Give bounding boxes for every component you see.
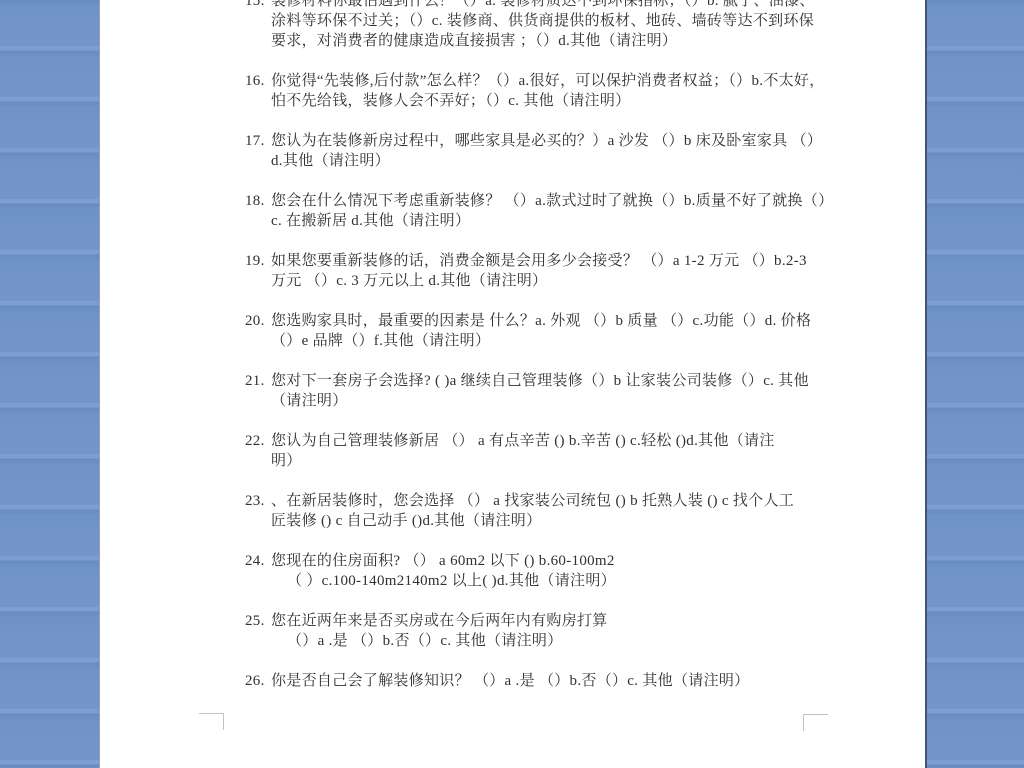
question-body: 你觉得“先装修,后付款”怎么样？（）a.很好，可以保护消费者权益；（）b.不太好…	[271, 71, 831, 111]
question-line: 您选购家具时，最重要的因素是 什么？a. 外观 （）b 质量 （）c.功能（）d…	[271, 311, 831, 331]
question-line: 涂料等环保不过关；（）c. 装修商、供货商提供的板材、地砖、墙砖等达不到环保	[271, 11, 831, 31]
question-body: 您认为在装修新房过程中，哪些家具是必买的？）a 沙发 （）b 床及卧室家具 （）…	[271, 131, 831, 171]
question-line: 明）	[271, 451, 831, 471]
question-body: 您在近两年来是否买房或在今后两年内有购房打算（）a .是 （）b.否（）c. 其…	[271, 611, 831, 651]
question-body: 你是否自己会了解装修知识？ （）a .是 （）b.否（）c. 其他（请注明）	[271, 671, 831, 691]
question-item: 26.你是否自己会了解装修知识？ （）a .是 （）b.否（）c. 其他（请注明…	[245, 671, 831, 691]
question-body: 装修材料你最怕遇到什么？（）a. 装修材质达不到环保指标；（）b. 腻子、油漆、…	[271, 0, 831, 51]
question-line: 您会在什么情况下考虑重新装修？ （）a.款式过时了就换（）b.质量不好了就换（）	[271, 191, 831, 211]
question-item: 25.您在近两年来是否买房或在今后两年内有购房打算（）a .是 （）b.否（）c…	[245, 611, 831, 651]
question-body: 您选购家具时，最重要的因素是 什么？a. 外观 （）b 质量 （）c.功能（）d…	[271, 311, 831, 351]
question-number: 15.	[245, 0, 271, 51]
question-line: 万元 （）c. 3 万元以上 d.其他（请注明）	[271, 271, 831, 291]
question-number: 20.	[245, 311, 271, 351]
question-line: 匠装修 () c 自己动手 ()d.其他（请注明）	[271, 511, 831, 531]
text-boundary-mark-right-icon	[803, 714, 828, 731]
question-item: 16.你觉得“先装修,后付款”怎么样？（）a.很好，可以保护消费者权益；（）b.…	[245, 71, 831, 111]
question-item: 21.您对下一套房子会选择? ( )a 继续自己管理装修（）b 让家装公司装修（…	[245, 371, 831, 411]
question-item: 23.、在新居装修时，您会选择 （） a 找家装公司统包 () b 托熟人装 (…	[245, 491, 831, 531]
question-line: 您对下一套房子会选择? ( )a 继续自己管理装修（）b 让家装公司装修（）c.…	[271, 371, 831, 391]
question-line: 您在近两年来是否买房或在今后两年内有购房打算	[271, 611, 831, 631]
question-line: c. 在搬新居 d.其他（请注明）	[271, 211, 831, 231]
document-page: 15.装修材料你最怕遇到什么？（）a. 装修材质达不到环保指标；（）b. 腻子、…	[99, 0, 927, 768]
question-item: 18.您会在什么情况下考虑重新装修？ （）a.款式过时了就换（）b.质量不好了就…	[245, 191, 831, 231]
question-line: （）a .是 （）b.否（）c. 其他（请注明）	[271, 631, 831, 651]
question-line: 您现在的住房面积? （） a 60m2 以下 () b.60-100m2	[271, 551, 831, 571]
question-body: 您对下一套房子会选择? ( )a 继续自己管理装修（）b 让家装公司装修（）c.…	[271, 371, 831, 411]
question-line: （请注明）	[271, 391, 831, 411]
text-boundary-mark-left-icon	[199, 713, 224, 730]
questionnaire-content: 15.装修材料你最怕遇到什么？（）a. 装修材质达不到环保指标；（）b. 腻子、…	[245, 0, 831, 711]
question-number: 23.	[245, 491, 271, 531]
question-body: 如果您要重新装修的话，消费金额是会用多少会接受？ （）a 1-2 万元 （）b.…	[271, 251, 831, 291]
question-line: 您认为自己管理装修新居 （） a 有点辛苦 () b.辛苦 () c.轻松 ()…	[271, 431, 831, 451]
question-number: 17.	[245, 131, 271, 171]
question-number: 16.	[245, 71, 271, 111]
question-body: 您认为自己管理装修新居 （） a 有点辛苦 () b.辛苦 () c.轻松 ()…	[271, 431, 831, 471]
question-item: 20.您选购家具时，最重要的因素是 什么？a. 外观 （）b 质量 （）c.功能…	[245, 311, 831, 351]
question-line: （）e 品牌（）f.其他（请注明）	[271, 331, 831, 351]
question-line: 怕不先给钱，装修人会不弄好；（）c. 其他（请注明）	[271, 91, 831, 111]
question-number: 18.	[245, 191, 271, 231]
question-number: 21.	[245, 371, 271, 411]
question-line: 要求，对消费者的健康造成直接损害 ；（）d.其他（请注明）	[271, 31, 831, 51]
question-body: 您会在什么情况下考虑重新装修？ （）a.款式过时了就换（）b.质量不好了就换（）…	[271, 191, 831, 231]
question-body: 、在新居装修时，您会选择 （） a 找家装公司统包 () b 托熟人装 () c…	[271, 491, 831, 531]
question-item: 15.装修材料你最怕遇到什么？（）a. 装修材质达不到环保指标；（）b. 腻子、…	[245, 0, 831, 51]
question-number: 22.	[245, 431, 271, 471]
question-number: 19.	[245, 251, 271, 291]
question-number: 25.	[245, 611, 271, 651]
question-number: 24.	[245, 551, 271, 591]
question-line: d.其他（请注明）	[271, 151, 831, 171]
question-item: 22.您认为自己管理装修新居 （） a 有点辛苦 () b.辛苦 () c.轻松…	[245, 431, 831, 471]
question-item: 24.您现在的住房面积? （） a 60m2 以下 () b.60-100m2（…	[245, 551, 831, 591]
question-line: 装修材料你最怕遇到什么？（）a. 装修材质达不到环保指标；（）b. 腻子、油漆、	[271, 0, 831, 11]
question-body: 您现在的住房面积? （） a 60m2 以下 () b.60-100m2（ ）c…	[271, 551, 831, 591]
question-line: 、在新居装修时，您会选择 （） a 找家装公司统包 () b 托熟人装 () c…	[271, 491, 831, 511]
question-number: 26.	[245, 671, 271, 691]
question-line: 您认为在装修新房过程中，哪些家具是必买的？）a 沙发 （）b 床及卧室家具 （）	[271, 131, 831, 151]
striped-background: 15.装修材料你最怕遇到什么？（）a. 装修材质达不到环保指标；（）b. 腻子、…	[0, 0, 1024, 768]
question-item: 17.您认为在装修新房过程中，哪些家具是必买的？）a 沙发 （）b 床及卧室家具…	[245, 131, 831, 171]
question-line: 如果您要重新装修的话，消费金额是会用多少会接受？ （）a 1-2 万元 （）b.…	[271, 251, 831, 271]
screenshot-root: { "colors": { "background_blue": "#7093c…	[0, 0, 1024, 768]
question-line: 你是否自己会了解装修知识？ （）a .是 （）b.否（）c. 其他（请注明）	[271, 671, 831, 691]
question-line: （ ）c.100-140m2140m2 以上( )d.其他（请注明）	[271, 571, 831, 591]
question-item: 19.如果您要重新装修的话，消费金额是会用多少会接受？ （）a 1-2 万元 （…	[245, 251, 831, 291]
question-line: 你觉得“先装修,后付款”怎么样？（）a.很好，可以保护消费者权益；（）b.不太好…	[271, 71, 831, 91]
